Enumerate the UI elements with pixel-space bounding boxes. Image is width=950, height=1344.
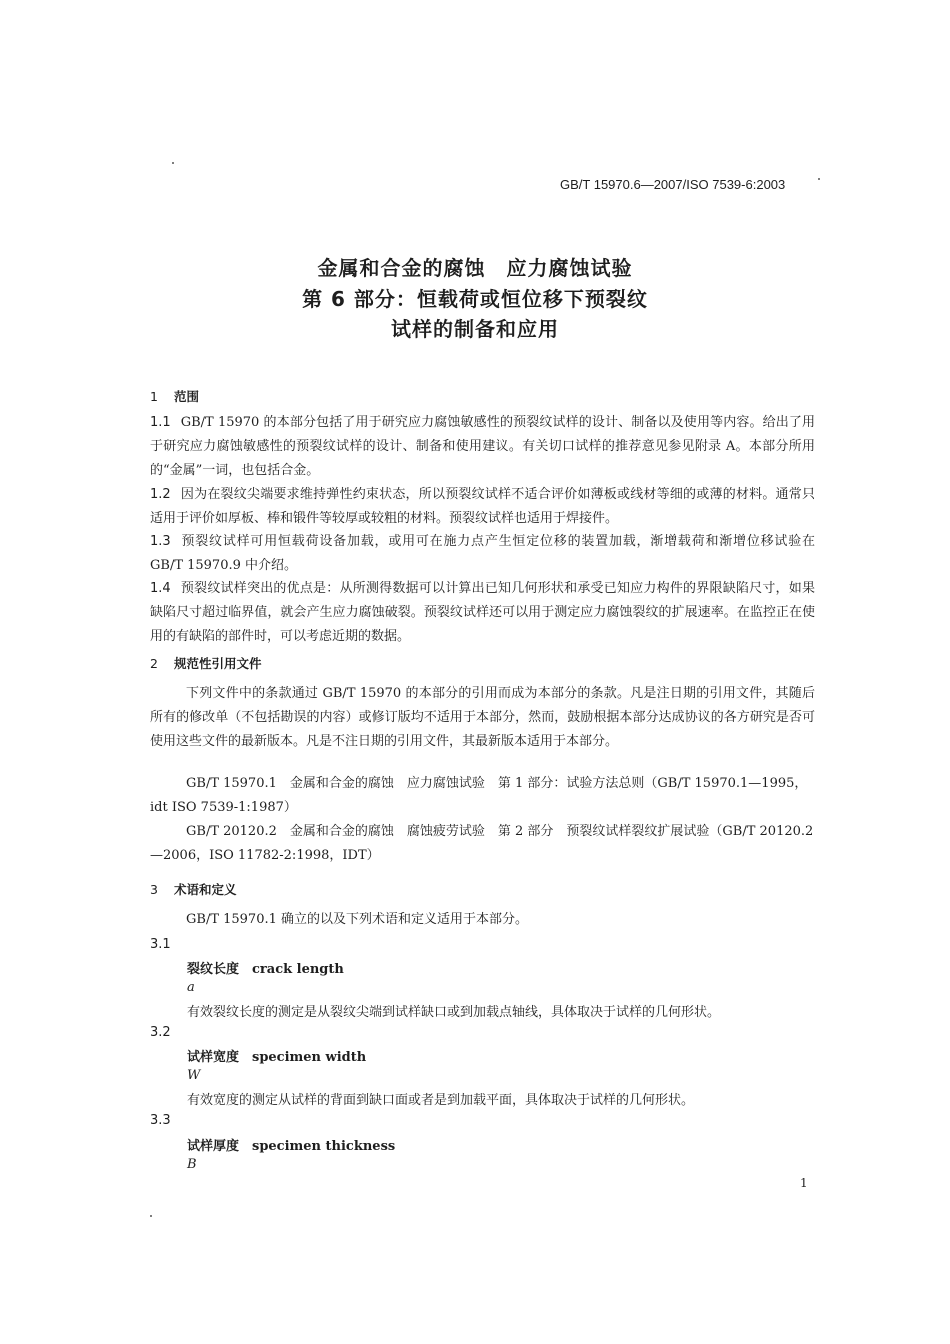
term-crack-length: 裂纹长度 crack length <box>187 958 344 977</box>
paragraph-number: 1.1 <box>150 415 171 430</box>
document-title-line-1: 金属和合金的腐蚀 应力腐蚀试验 <box>0 252 950 281</box>
symbol-b: B <box>187 1157 197 1172</box>
section-3-intro: GB/T 15970.1 确立的以及下列术语和定义适用于本部分。 <box>150 908 815 932</box>
scan-speck <box>150 1215 152 1217</box>
section-number: 2 <box>150 656 174 671</box>
section-3-heading: 3术语和定义 <box>150 880 237 898</box>
clause-3-3-number: 3.3 <box>150 1113 171 1128</box>
normative-reference-2: GB/T 20120.2 金属和合金的腐蚀 腐蚀疲劳试验 第 2 部分 预裂纹试… <box>150 820 815 868</box>
section-2-intro: 下列文件中的条款通过 GB/T 15970 的本部分的引用而成为本部分的条款。凡… <box>150 682 815 754</box>
term-specimen-thickness: 试样厚度 specimen thickness <box>187 1135 395 1154</box>
section-1-heading: 1范围 <box>150 387 199 405</box>
paragraph-1-2: 1.2因为在裂纹尖端要求维持弹性约束状态，所以预裂纹试样不适合评价如薄板或线材等… <box>150 483 815 531</box>
normative-reference-1: GB/T 15970.1 金属和合金的腐蚀 应力腐蚀试验 第 1 部分：试验方法… <box>150 772 815 820</box>
section-2-heading: 2规范性引用文件 <box>150 654 262 672</box>
paragraph-1-4: 1.4预裂纹试样突出的优点是：从所测得数据可以计算出已知几何形状和承受已知应力构… <box>150 577 815 649</box>
paragraph-number: 1.4 <box>150 581 171 596</box>
definition-specimen-width: 有效宽度的测定从试样的背面到缺口面或者是到加载平面，具体取决于试样的几何形状。 <box>187 1089 694 1108</box>
section-title: 规范性引用文件 <box>174 656 262 671</box>
standard-number-header: GB/T 15970.6—2007/ISO 7539-6:2003 <box>560 177 785 192</box>
paragraph-1-3: 1.3预裂纹试样可用恒载荷设备加载，或用可在施力点产生恒定位移的装置加载，渐增载… <box>150 530 815 578</box>
definition-crack-length: 有效裂纹长度的测定是从裂纹尖端到试样缺口或到加载点轴线，具体取决于试样的几何形状… <box>187 1001 720 1020</box>
symbol-w: W <box>187 1068 200 1083</box>
section-number: 3 <box>150 882 174 897</box>
scan-speck <box>818 178 820 180</box>
paragraph-number: 1.2 <box>150 487 171 502</box>
clause-3-1-number: 3.1 <box>150 937 171 952</box>
paragraph-number: 1.3 <box>150 534 171 549</box>
clause-3-2-number: 3.2 <box>150 1025 171 1040</box>
document-title-line-3: 试样的制备和应用 <box>0 313 950 342</box>
section-number: 1 <box>150 389 174 404</box>
paragraph-text: 预裂纹试样突出的优点是：从所测得数据可以计算出已知几何形状和承受已知应力构件的界… <box>150 581 815 644</box>
term-specimen-width: 试样宽度 specimen width <box>187 1046 366 1065</box>
document-page: GB/T 15970.6—2007/ISO 7539-6:2003 金属和合金的… <box>0 0 950 1344</box>
paragraph-text: 预裂纹试样可用恒载荷设备加载，或用可在施力点产生恒定位移的装置加载，渐增载荷和渐… <box>150 534 815 573</box>
paragraph-text: 因为在裂纹尖端要求维持弹性约束状态，所以预裂纹试样不适合评价如薄板或线材等细的或… <box>150 487 815 526</box>
section-title: 范围 <box>174 389 199 404</box>
page-number: 1 <box>800 1176 808 1190</box>
section-title: 术语和定义 <box>174 882 237 897</box>
scan-speck <box>172 162 174 164</box>
paragraph-1-1: 1.1GB/T 15970 的本部分包括了用于研究应力腐蚀敏感性的预裂纹试样的设… <box>150 411 815 483</box>
paragraph-text: GB/T 15970 的本部分包括了用于研究应力腐蚀敏感性的预裂纹试样的设计、制… <box>150 415 815 478</box>
symbol-a: a <box>187 980 195 995</box>
document-title-line-2: 第 6 部分：恒载荷或恒位移下预裂纹 <box>0 283 950 312</box>
